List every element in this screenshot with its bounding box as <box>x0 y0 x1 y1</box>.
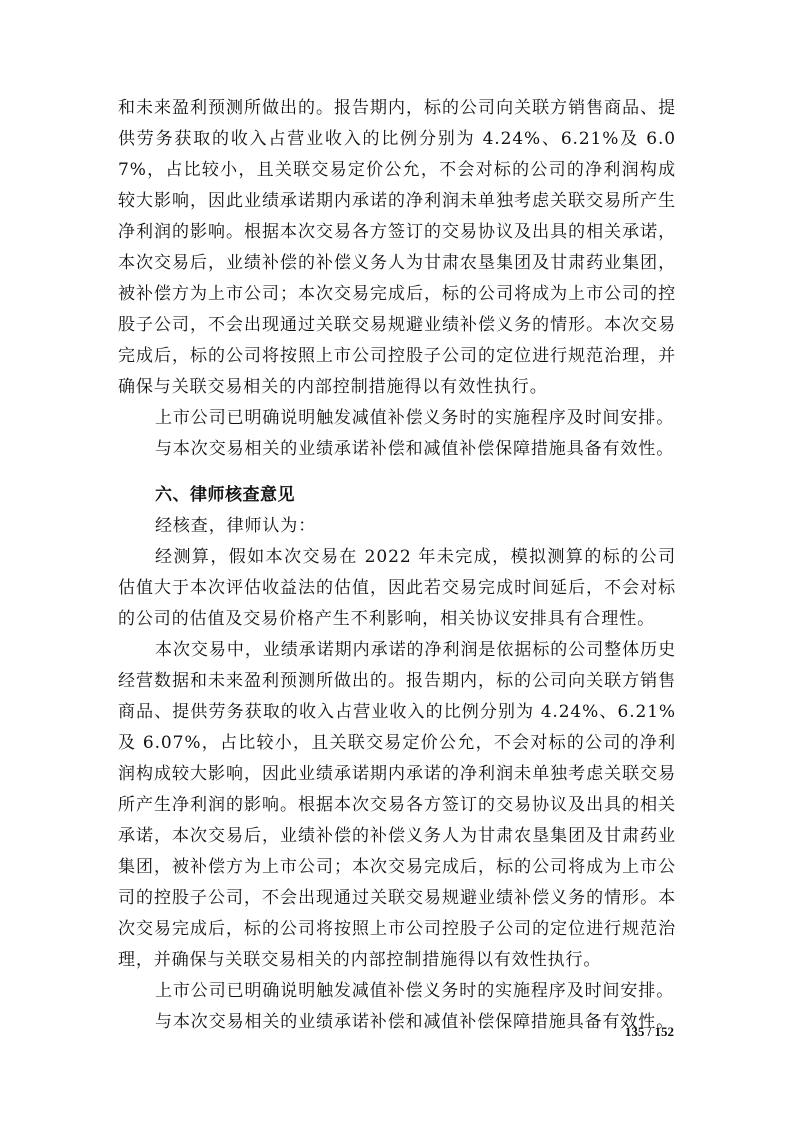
paragraph-continued-related-party: 和未来盈利预测所做出的。报告期内，标的公司向关联方销售商品、提供劳务获取的收入占… <box>118 93 676 403</box>
paragraph-related-party: 本次交易中，业绩承诺期内承诺的净利润是依据标的公司整体历史经营数据和未来盈利预测… <box>118 635 676 976</box>
paragraph-lawyer-opinion-intro: 经核查，律师认为： <box>118 511 676 542</box>
spacer <box>118 465 676 480</box>
paragraph-impairment-procedure: 上市公司已明确说明触发减值补偿义务时的实施程序及时间安排。 <box>118 403 676 434</box>
paragraph-guarantee-effective: 与本次交易相关的业绩承诺补偿和减值补偿保障措施具备有效性。 <box>118 434 676 465</box>
paragraph-impairment-procedure-2: 上市公司已明确说明触发减值补偿义务时的实施程序及时间安排。 <box>118 976 676 1007</box>
page-number: 135 / 152 <box>625 1024 674 1040</box>
paragraph-valuation-estimate: 经测算，假如本次交易在 2022 年未完成，模拟测算的标的公司估值大于本次评估收… <box>118 542 676 635</box>
paragraph-guarantee-effective-2: 与本次交易相关的业绩承诺补偿和减值补偿保障措施具备有效性。 <box>118 1007 676 1038</box>
document-page: 和未来盈利预测所做出的。报告期内，标的公司向关联方销售商品、提供劳务获取的收入占… <box>118 93 676 1038</box>
section-heading: 六、律师核查意见 <box>118 480 676 511</box>
